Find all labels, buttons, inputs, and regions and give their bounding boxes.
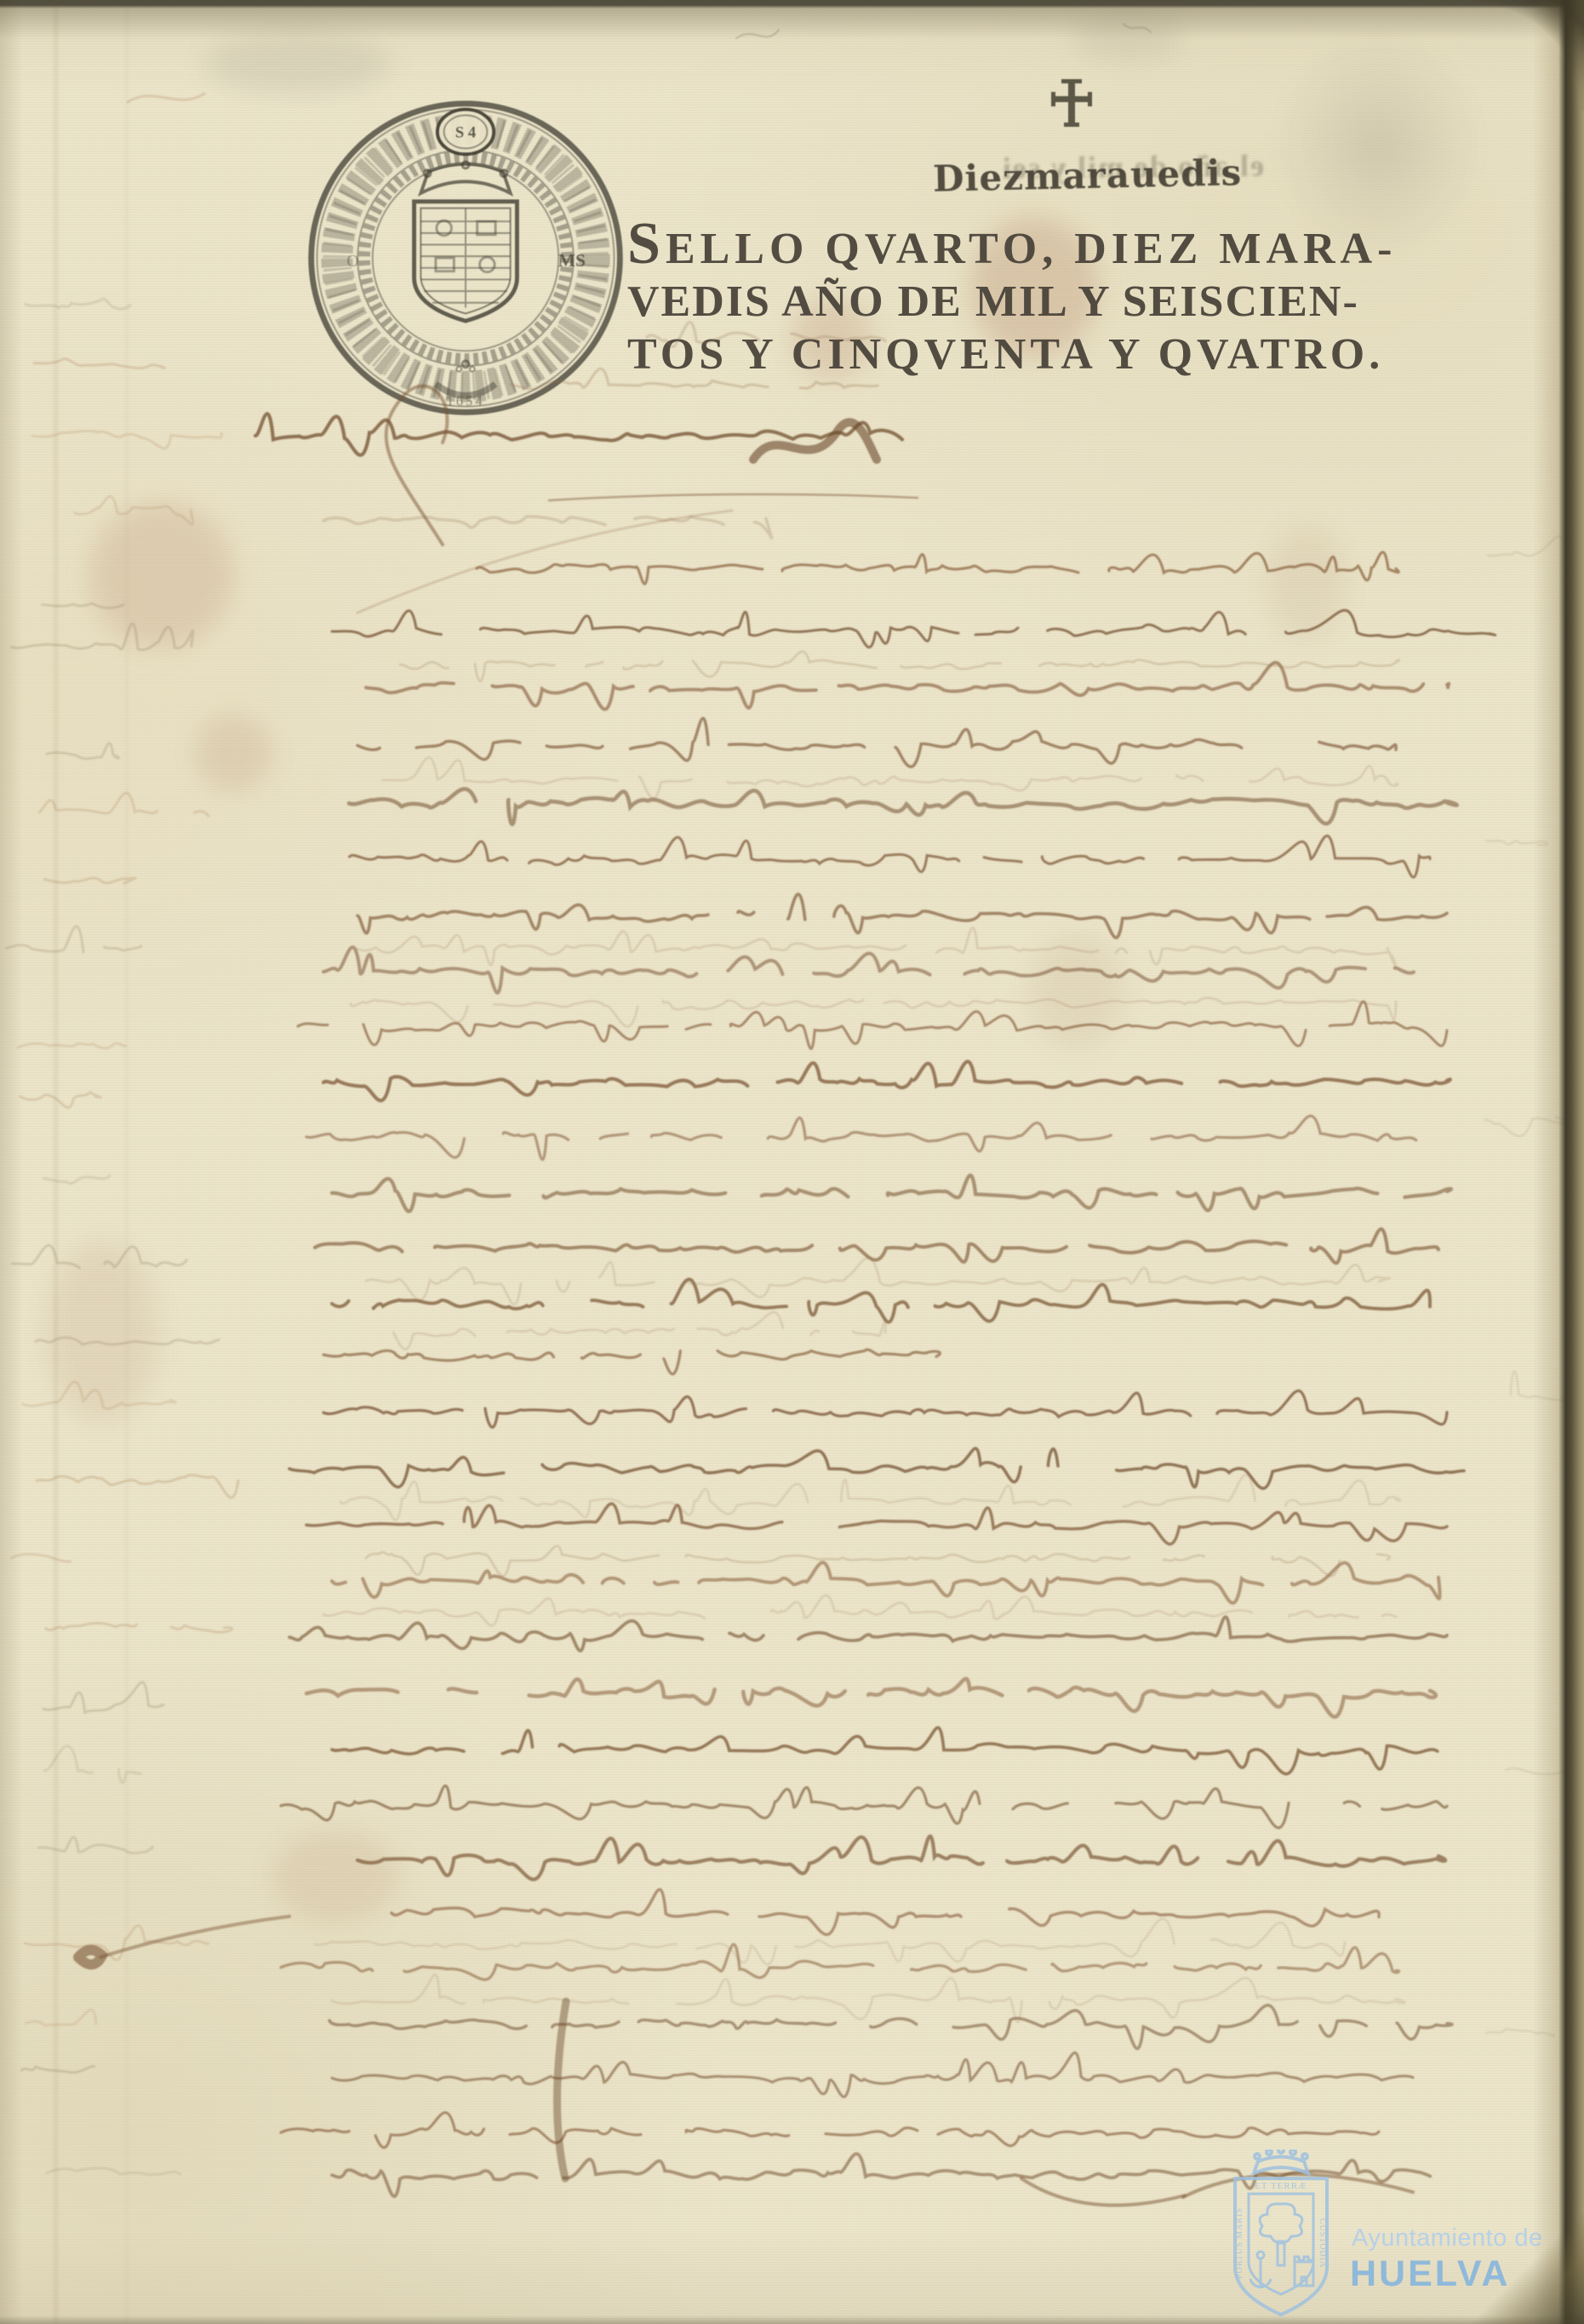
handwriting-stroke [549,494,918,500]
page-edge-bottom [0,2315,1584,2324]
handwriting-stroke [383,757,1398,798]
handwriting-stroke [47,743,119,758]
handwriting-stroke [26,299,130,309]
handwriting-stroke [39,793,209,816]
handwriting-stroke [332,1974,1405,2022]
handwriting-stroke [351,998,1396,1027]
page-edge-top [0,0,1584,39]
handwriting-stroke [36,1338,234,1345]
handwriting-stroke [392,1889,1379,1934]
handwriting-stroke [753,422,877,460]
handwriting-stroke [78,1950,102,1964]
handwriting-stroke [12,1245,186,1268]
handwriting-stroke [281,1944,1399,1979]
handwriting-stroke [7,926,141,951]
page-edge-right [1533,0,1584,2324]
handwriting-stroke [332,610,1495,648]
handwriting-stroke [26,2010,95,2025]
shield-motto-right: CUSTODIA [1318,2218,1327,2268]
handwriting-stroke [332,2053,1413,2097]
handwriting-stroke [647,323,885,347]
handwriting-stroke [298,1002,1447,1048]
handwriting-stroke [20,1093,101,1108]
handwriting-stroke [366,1545,1390,1576]
fold-crease [126,0,128,2324]
handwriting-stroke [43,1682,163,1713]
handwriting-stroke [400,652,1399,682]
manuscript-scan-page: el año de mil y sei [0,0,1584,2324]
shield-motto-top: ET TERRÆ [1255,2181,1307,2191]
handwriting-stroke [511,368,899,389]
page-edge-left [0,0,22,2324]
handwriting-stroke [46,1623,232,1632]
handwriting-stroke [477,552,1398,584]
handwriting-stroke [37,1475,238,1497]
handwriting-stroke [47,2168,180,2175]
handwriting-stroke [34,359,164,368]
handwriting-stroke [289,1617,1447,1651]
handwriting-stroke [18,1043,126,1048]
handwriting-stroke [281,2113,1379,2148]
handwriting-stroke [357,894,1447,938]
handwriting-stroke [357,1836,1445,1880]
handwriting-stroke [315,1919,1345,1965]
handwriting-stroke [332,1175,1451,1211]
handwriting-stroke [323,1390,1447,1427]
handwriting-stroke [332,1279,1430,1322]
handwriting-stroke [75,496,193,524]
handwriting-stroke [366,663,1449,710]
handwriting-stroke [393,1312,886,1350]
handwriting-stroke [357,511,732,613]
handwriting-stroke [340,1475,1400,1520]
handwriting-stroke [281,1785,1447,1827]
fold-crease [54,0,57,2324]
shield-motto-left: PORTUS MARIS [1235,2207,1244,2279]
handwriting-stroke [315,1229,1438,1263]
handwriting-stroke [306,1116,1416,1159]
handwriting-stroke [323,517,772,538]
handwriting-stroke [558,2001,566,2178]
handwriting-stroke [349,789,1457,825]
huelva-shield-logo: ET TERRÆ PORTUS MARIS CUSTODIA [1228,2150,1334,2320]
handwriting-stroke [11,624,192,650]
handwriting-stroke [332,1727,1452,1773]
handwriting-stroke [306,1504,1447,1545]
handwriting-stroke [366,1258,1390,1304]
handwriting-stroke [1021,2178,1185,2205]
handwriting-stroke [43,601,151,608]
handwriting-stroke [44,878,135,883]
handwriting-stroke [43,1176,109,1184]
handwriting-stroke [323,947,1444,993]
handwriting-stroke [128,94,204,102]
handwriting-stroke [25,1926,208,1961]
handwriting-stroke [11,1554,105,1562]
handwriting-stroke [23,1382,175,1409]
handwriting-stroke [332,1562,1440,1603]
handwriting-stroke [323,1061,1450,1100]
handwriting-stroke [323,1350,940,1374]
handwriting-stroke [357,718,1396,767]
handwriting-stroke [329,2005,1452,2048]
page-corner-bottom-right [1456,2213,1584,2324]
handwritten-manuscript-text [0,0,1584,2324]
handwriting-stroke [289,1448,1464,1488]
page-corner-top-right [1473,0,1584,111]
handwriting-stroke [22,2066,94,2072]
handwriting-stroke [350,836,1431,877]
handwriting-stroke [306,1679,1436,1717]
